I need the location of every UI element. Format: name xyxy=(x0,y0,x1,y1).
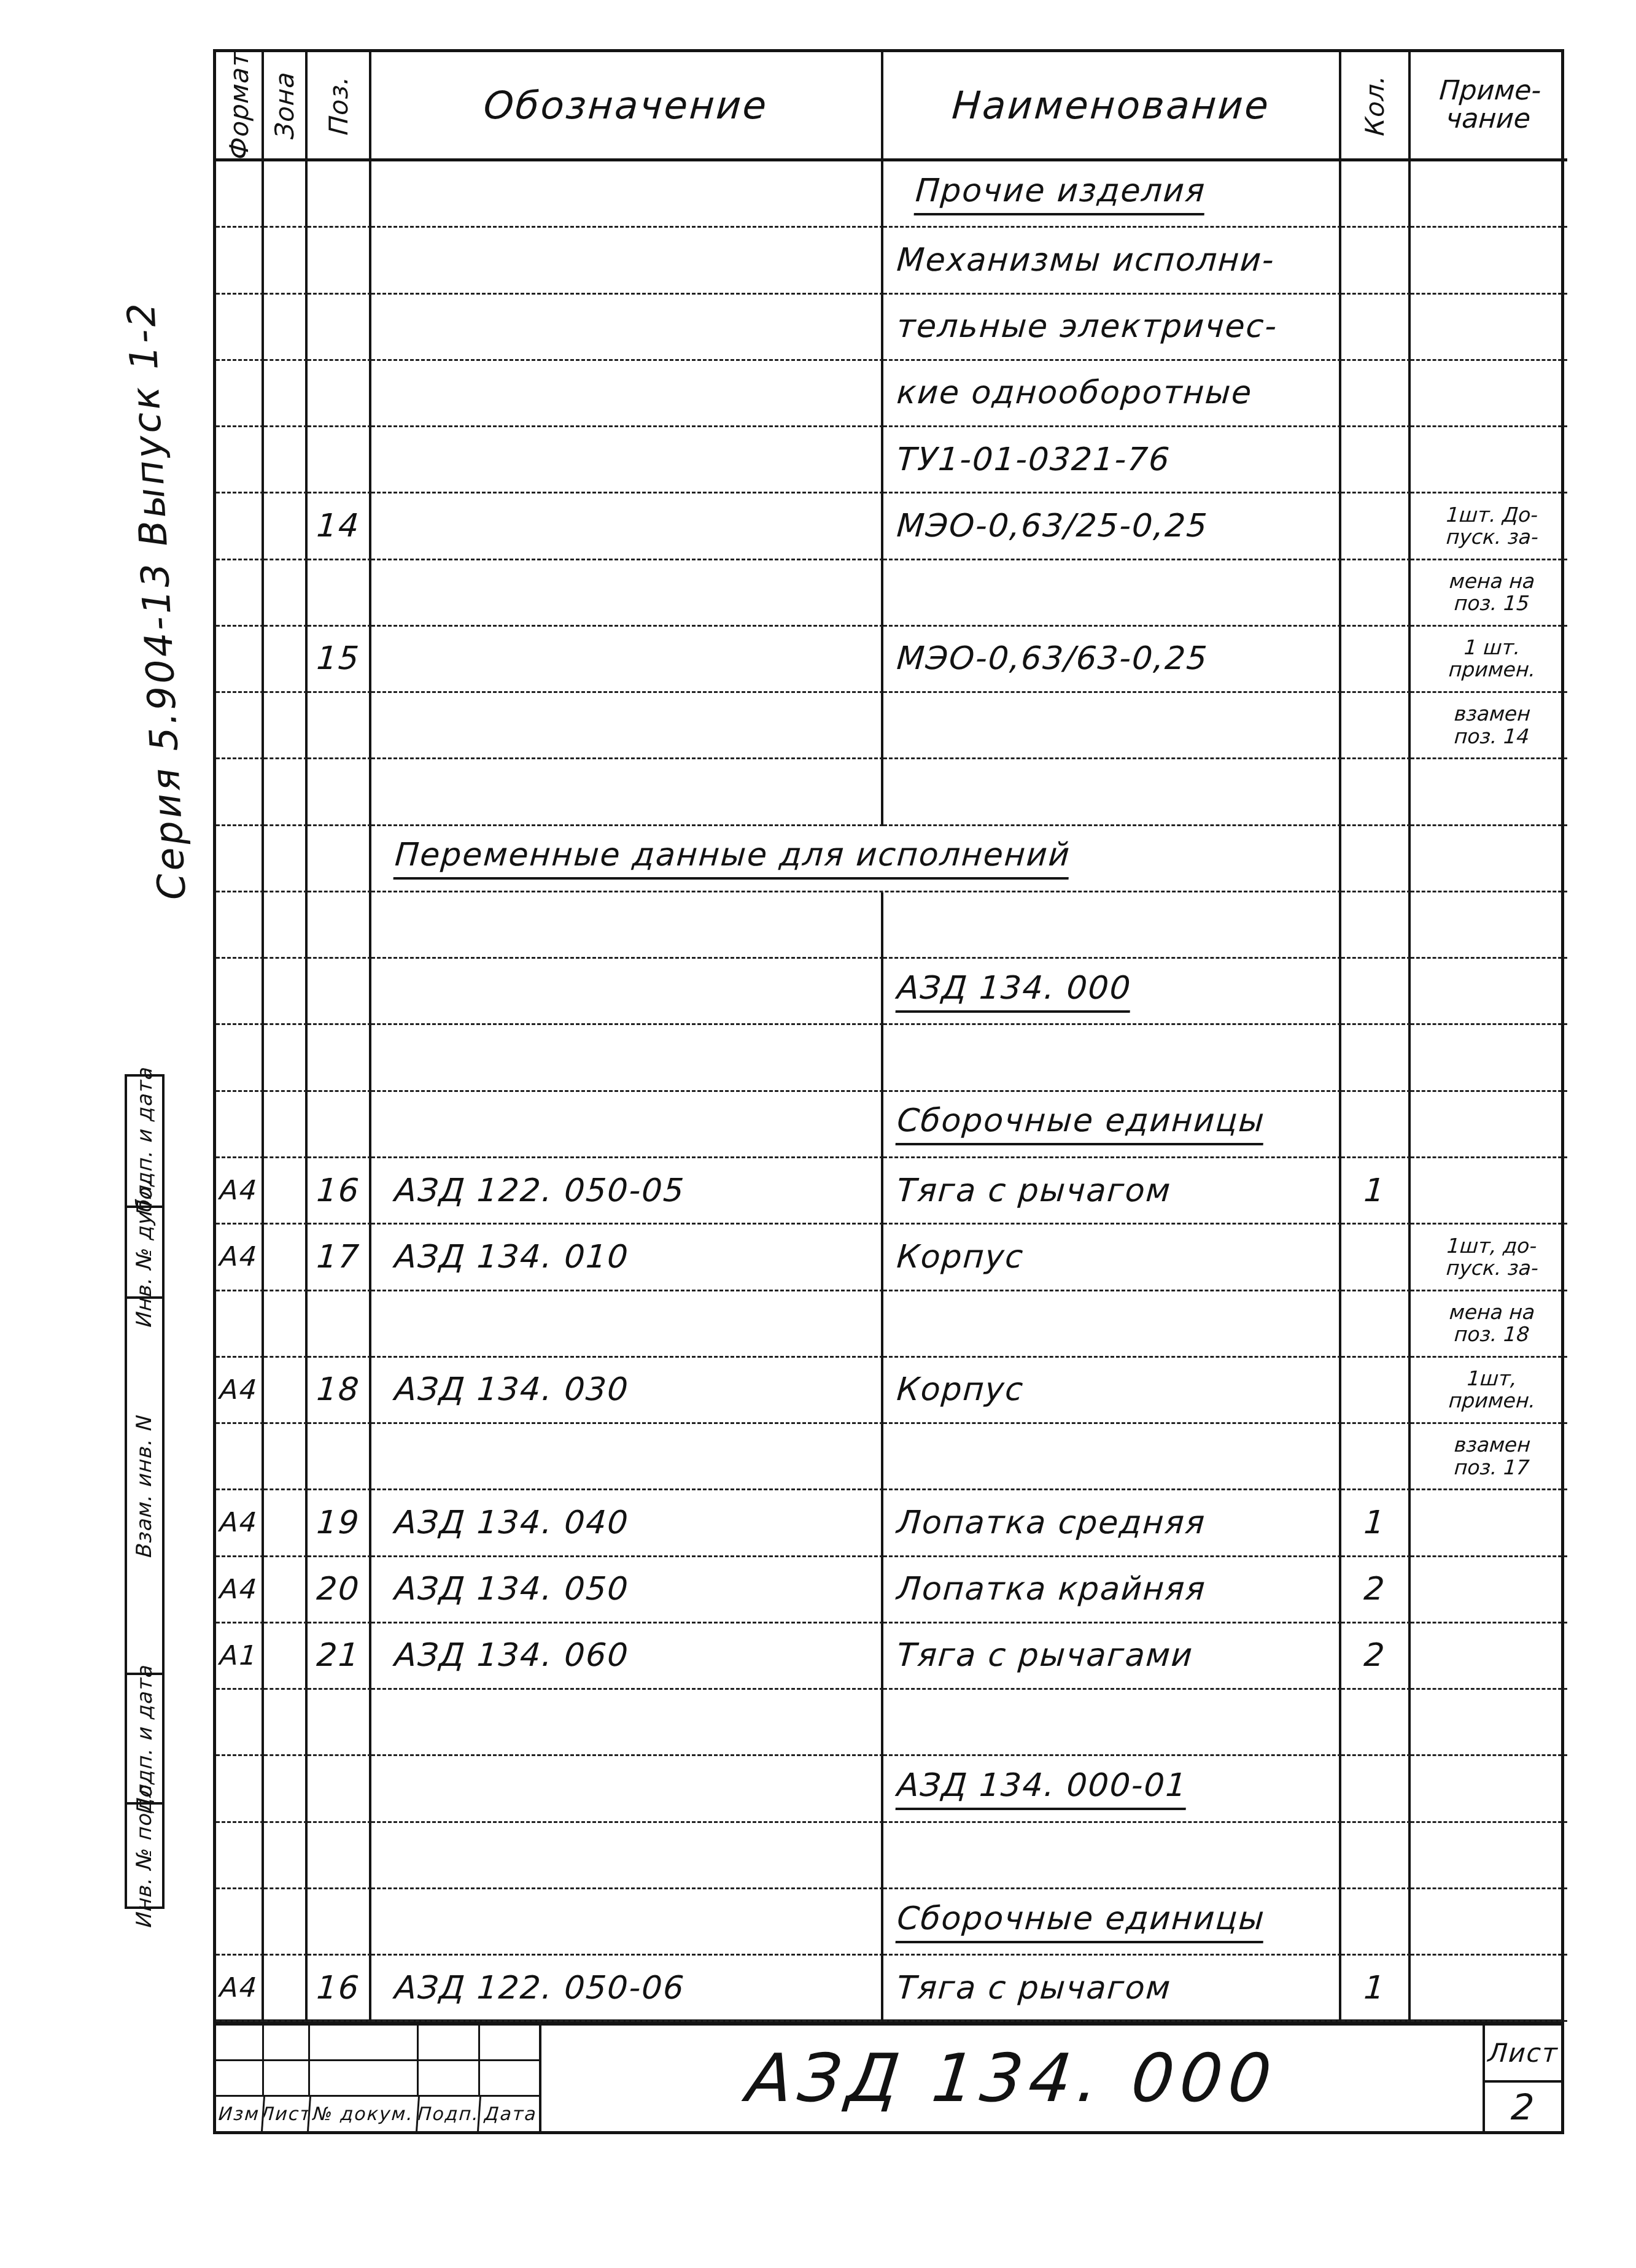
rev-cell xyxy=(264,2061,310,2097)
cell-name: Сборочные единицы xyxy=(883,1092,1341,1158)
cell-format xyxy=(216,1424,264,1490)
cell-name: Механизмы исполни- xyxy=(883,228,1341,294)
cell-pos xyxy=(308,228,371,294)
cell-zone xyxy=(264,161,308,228)
cell-name: Сборочные единицы xyxy=(883,1889,1341,1956)
cell-note xyxy=(1411,1956,1567,2022)
cell-format xyxy=(216,427,264,493)
cell-format xyxy=(216,1291,264,1358)
cell-zone xyxy=(264,1158,308,1225)
cell-zone xyxy=(264,1490,308,1557)
cell-name xyxy=(883,892,1341,959)
sheet-label: Лист xyxy=(1487,2038,1559,2068)
cell-note: мена напоз. 18 xyxy=(1411,1291,1567,1358)
table-body: Прочие изделияМеханизмы исполни-тельные … xyxy=(216,161,1561,2022)
cell-zone xyxy=(264,1291,308,1358)
cell-pos xyxy=(308,427,371,493)
cell-name xyxy=(883,759,1341,826)
stamp-column: Подп. и дата Инв. № дубл. Взам. инв. N П… xyxy=(125,1074,165,1909)
cell-name xyxy=(883,1025,1341,1091)
doc-number: АЗД 134. 000 xyxy=(743,2040,1281,2117)
cell-zone xyxy=(264,427,308,493)
cell-format: А4 xyxy=(216,1225,264,1291)
cell-note xyxy=(1411,295,1567,361)
specification-table: Формат Зона Поз. Обозначение Наименовани… xyxy=(213,49,1564,2022)
cell-note: 1шт,примен. xyxy=(1411,1358,1567,1424)
cell-designation xyxy=(371,959,883,1025)
cell-format xyxy=(216,493,264,560)
sheet-number-block: Лист 2 xyxy=(1483,2026,1561,2131)
cell-note xyxy=(1411,1823,1567,1889)
rev-cell xyxy=(310,2061,419,2097)
cell-name: МЭО-0,63/25-0,25 xyxy=(883,493,1341,560)
cell-zone xyxy=(264,560,308,627)
rev-label-dokum: № докум. xyxy=(309,2097,420,2131)
cell-name: Корпус xyxy=(883,1225,1341,1291)
cell-name xyxy=(883,560,1341,627)
cell-name: Лопатка средняя xyxy=(883,1490,1341,1557)
cell-pos xyxy=(308,1823,371,1889)
cell-format xyxy=(216,1889,264,1956)
cell-qty xyxy=(1341,560,1411,627)
cell-name: Тяга с рычагом xyxy=(883,1956,1341,2022)
cell-name xyxy=(883,1291,1341,1358)
cell-zone xyxy=(264,1889,308,1956)
cell-note xyxy=(1411,1490,1567,1557)
rev-label-izm: Изм xyxy=(215,2097,265,2131)
cell-pos xyxy=(308,1291,371,1358)
stamp-label: Инв. № дубл. xyxy=(133,1176,157,1328)
cell-pos xyxy=(308,161,371,228)
cell-qty xyxy=(1341,1092,1411,1158)
cell-note: взаменпоз. 14 xyxy=(1411,693,1567,759)
cell-format: А4 xyxy=(216,1557,264,1624)
cell-note xyxy=(1411,826,1567,892)
cell-note xyxy=(1411,959,1567,1025)
cell-qty xyxy=(1341,826,1411,892)
cell-zone xyxy=(264,759,308,826)
cell-zone xyxy=(264,295,308,361)
cell-note: 1шт. До-пуск. за- xyxy=(1411,493,1567,560)
cell-pos xyxy=(308,1424,371,1490)
cell-format: А4 xyxy=(216,1158,264,1225)
cell-format xyxy=(216,1092,264,1158)
cell-zone xyxy=(264,1424,308,1490)
cell-pos xyxy=(308,892,371,959)
sheet-number: 2 xyxy=(1510,2086,1537,2128)
cell-format: А4 xyxy=(216,1956,264,2022)
table-header: Формат Зона Поз. Обозначение Наименовани… xyxy=(216,52,1561,161)
cell-pos: 15 xyxy=(308,627,371,693)
cell-designation xyxy=(371,1291,883,1358)
cell-note xyxy=(1411,228,1567,294)
cell-designation xyxy=(371,1025,883,1091)
cell-qty xyxy=(1341,1225,1411,1291)
header-format: Формат xyxy=(216,52,264,161)
cell-qty xyxy=(1341,693,1411,759)
cell-name: МЭО-0,63/63-0,25 xyxy=(883,627,1341,693)
cell-qty xyxy=(1341,361,1411,427)
cell-name: Тяга с рычагом xyxy=(883,1158,1341,1225)
header-zone: Зона xyxy=(264,52,308,161)
cell-pos xyxy=(308,826,371,892)
header-note: Приме-чание xyxy=(1411,52,1567,161)
cell-qty xyxy=(1341,1291,1411,1358)
cell-format xyxy=(216,1823,264,1889)
cell-pos xyxy=(308,361,371,427)
cell-zone xyxy=(264,1690,308,1756)
cell-zone xyxy=(264,1823,308,1889)
cell-name xyxy=(883,1823,1341,1889)
cell-qty xyxy=(1341,627,1411,693)
revision-grid: Изм Лист № докум. Подп. Дата xyxy=(216,2026,541,2131)
cell-qty xyxy=(1341,228,1411,294)
rev-label-list: Лист xyxy=(263,2097,311,2131)
rev-cell xyxy=(419,2026,480,2061)
cell-pos xyxy=(308,1756,371,1822)
cell-zone xyxy=(264,892,308,959)
cell-format xyxy=(216,295,264,361)
cell-note xyxy=(1411,1092,1567,1158)
cell-format xyxy=(216,959,264,1025)
cell-designation xyxy=(371,1889,883,1956)
cell-zone xyxy=(264,361,308,427)
cell-name: Корпус xyxy=(883,1358,1341,1424)
cell-qty xyxy=(1341,493,1411,560)
cell-format xyxy=(216,693,264,759)
spec-sheet-page: Серия 5.904-13 Выпуск 1-2 Подп. и дата И… xyxy=(0,0,1636,2268)
cell-format xyxy=(216,627,264,693)
cell-format xyxy=(216,560,264,627)
cell-qty xyxy=(1341,759,1411,826)
cell-qty xyxy=(1341,1889,1411,1956)
cell-note xyxy=(1411,1158,1567,1225)
cell-note xyxy=(1411,1624,1567,1690)
cell-qty xyxy=(1341,1358,1411,1424)
cell-pos: 20 xyxy=(308,1557,371,1624)
rev-cell xyxy=(419,2061,480,2097)
cell-designation: АЗД 134. 030 xyxy=(371,1358,883,1424)
cell-designation xyxy=(371,1756,883,1822)
cell-pos xyxy=(308,759,371,826)
cell-zone xyxy=(264,627,308,693)
cell-note xyxy=(1411,1557,1567,1624)
cell-qty xyxy=(1341,1756,1411,1822)
cell-qty xyxy=(1341,295,1411,361)
rev-cell xyxy=(480,2026,541,2061)
cell-designation: АЗД 122. 050-05 xyxy=(371,1158,883,1225)
cell-format xyxy=(216,161,264,228)
cell-qty: 2 xyxy=(1341,1624,1411,1690)
cell-qty xyxy=(1341,959,1411,1025)
cell-qty xyxy=(1341,1823,1411,1889)
header-qty: Кол. xyxy=(1341,52,1411,161)
cell-pos: 14 xyxy=(308,493,371,560)
cell-format xyxy=(216,361,264,427)
cell-pos: 16 xyxy=(308,1956,371,2022)
cell-designation xyxy=(371,427,883,493)
cell-zone xyxy=(264,1225,308,1291)
cell-zone xyxy=(264,1624,308,1690)
cell-designation: АЗД 122. 050-06 xyxy=(371,1956,883,2022)
cell-designation xyxy=(371,1424,883,1490)
cell-designation xyxy=(371,361,883,427)
header-designation: Обозначение xyxy=(371,52,883,161)
doc-number-cell: АЗД 134. 000 xyxy=(541,2026,1483,2131)
cell-note xyxy=(1411,427,1567,493)
rev-label-data: Дата xyxy=(479,2097,543,2131)
cell-pos: 19 xyxy=(308,1490,371,1557)
cell-qty xyxy=(1341,427,1411,493)
cell-pos xyxy=(308,560,371,627)
cell-pos: 16 xyxy=(308,1158,371,1225)
cell-designation: АЗД 134. 060 xyxy=(371,1624,883,1690)
cell-qty xyxy=(1341,1424,1411,1490)
cell-format xyxy=(216,1025,264,1091)
title-block: Изм Лист № докум. Подп. Дата АЗД 134. 00… xyxy=(213,2022,1564,2134)
cell-qty: 1 xyxy=(1341,1490,1411,1557)
cell-designation: АЗД 134. 010 xyxy=(371,1225,883,1291)
cell-pos xyxy=(308,1025,371,1091)
cell-format xyxy=(216,228,264,294)
header-name: Наименование xyxy=(883,52,1341,161)
cell-note xyxy=(1411,1025,1567,1091)
cell-name: Лопатка крайняя xyxy=(883,1557,1341,1624)
cell-name: Тяга с рычагами xyxy=(883,1624,1341,1690)
cell-name: тельные электричес- xyxy=(883,295,1341,361)
cell-note xyxy=(1411,1690,1567,1756)
header-pos: Поз. xyxy=(308,52,371,161)
cell-pos xyxy=(308,1092,371,1158)
cell-zone xyxy=(264,1557,308,1624)
series-side-note: Серия 5.904-13 Выпуск 1-2 xyxy=(120,335,195,901)
stamp-label: Взам. инв. N xyxy=(133,1414,157,1558)
cell-designation xyxy=(371,1823,883,1889)
cell-pos xyxy=(308,295,371,361)
cell-qty xyxy=(1341,1025,1411,1091)
rev-cell xyxy=(264,2026,310,2061)
cell-note xyxy=(1411,361,1567,427)
cell-qty xyxy=(1341,1690,1411,1756)
cell-zone xyxy=(264,1756,308,1822)
cell-note xyxy=(1411,1756,1567,1822)
rev-cell xyxy=(216,2061,264,2097)
cell-designation xyxy=(371,560,883,627)
cell-note xyxy=(1411,161,1567,228)
cell-name: АЗД 134. 000 xyxy=(883,959,1341,1025)
rev-cell xyxy=(216,2026,264,2061)
cell-name: Прочие изделия xyxy=(883,161,1341,228)
cell-zone xyxy=(264,693,308,759)
cell-name: АЗД 134. 000-01 xyxy=(883,1756,1341,1822)
cell-pos: 21 xyxy=(308,1624,371,1690)
cell-designation xyxy=(371,627,883,693)
cell-designation: АЗД 134. 050 xyxy=(371,1557,883,1624)
cell-designation xyxy=(371,493,883,560)
cell-designation xyxy=(371,161,883,228)
rev-cell xyxy=(480,2061,541,2097)
cell-format xyxy=(216,1756,264,1822)
cell-format: А4 xyxy=(216,1490,264,1557)
cell-format: А4 xyxy=(216,1358,264,1424)
cell-designation xyxy=(371,1092,883,1158)
cell-qty xyxy=(1341,892,1411,959)
cell-qty: 2 xyxy=(1341,1557,1411,1624)
cell-qty: 1 xyxy=(1341,1956,1411,2022)
cell-format: А1 xyxy=(216,1624,264,1690)
cell-name xyxy=(883,1424,1341,1490)
cell-note xyxy=(1411,759,1567,826)
cell-zone xyxy=(264,826,308,892)
stamp-cell-vzam-inv: Взам. инв. N xyxy=(127,1299,162,1675)
cell-name xyxy=(883,1690,1341,1756)
cell-note: взаменпоз. 17 xyxy=(1411,1424,1567,1490)
cell-zone xyxy=(264,1025,308,1091)
cell-zone xyxy=(264,1358,308,1424)
cell-format xyxy=(216,892,264,959)
cell-note: мена напоз. 15 xyxy=(1411,560,1567,627)
cell-format xyxy=(216,826,264,892)
cell-pos: 17 xyxy=(308,1225,371,1291)
stamp-label: Инв. № подл. xyxy=(133,1775,157,1928)
cell-name xyxy=(883,693,1341,759)
stamp-cell-inv-podl: Инв. № подл. xyxy=(127,1805,162,1899)
cell-designation xyxy=(371,759,883,826)
cell-qty: 1 xyxy=(1341,1158,1411,1225)
cell-zone xyxy=(264,959,308,1025)
cell-designation: Переменные данные для исполнений xyxy=(371,826,1341,892)
cell-zone xyxy=(264,228,308,294)
cell-pos xyxy=(308,959,371,1025)
cell-note xyxy=(1411,892,1567,959)
stamp-cell-inv-dubl: Инв. № дубл. xyxy=(127,1208,162,1299)
cell-note: 1шт, до-пуск. за- xyxy=(1411,1225,1567,1291)
cell-zone xyxy=(264,493,308,560)
cell-pos: 18 xyxy=(308,1358,371,1424)
cell-pos xyxy=(308,1690,371,1756)
cell-designation xyxy=(371,228,883,294)
cell-note: 1 шт.примен. xyxy=(1411,627,1567,693)
cell-format xyxy=(216,1690,264,1756)
cell-name: ТУ1-01-0321-76 xyxy=(883,427,1341,493)
cell-designation xyxy=(371,295,883,361)
cell-name: кие однооборотные xyxy=(883,361,1341,427)
cell-designation xyxy=(371,1690,883,1756)
cell-pos xyxy=(308,1889,371,1956)
cell-note xyxy=(1411,1889,1567,1956)
cell-designation xyxy=(371,892,883,959)
cell-designation xyxy=(371,693,883,759)
rev-cell xyxy=(310,2026,419,2061)
cell-designation: АЗД 134. 040 xyxy=(371,1490,883,1557)
cell-pos xyxy=(308,693,371,759)
cell-zone xyxy=(264,1092,308,1158)
rev-label-podp: Подп. xyxy=(417,2097,481,2131)
cell-zone xyxy=(264,1956,308,2022)
cell-format xyxy=(216,759,264,826)
cell-qty xyxy=(1341,161,1411,228)
